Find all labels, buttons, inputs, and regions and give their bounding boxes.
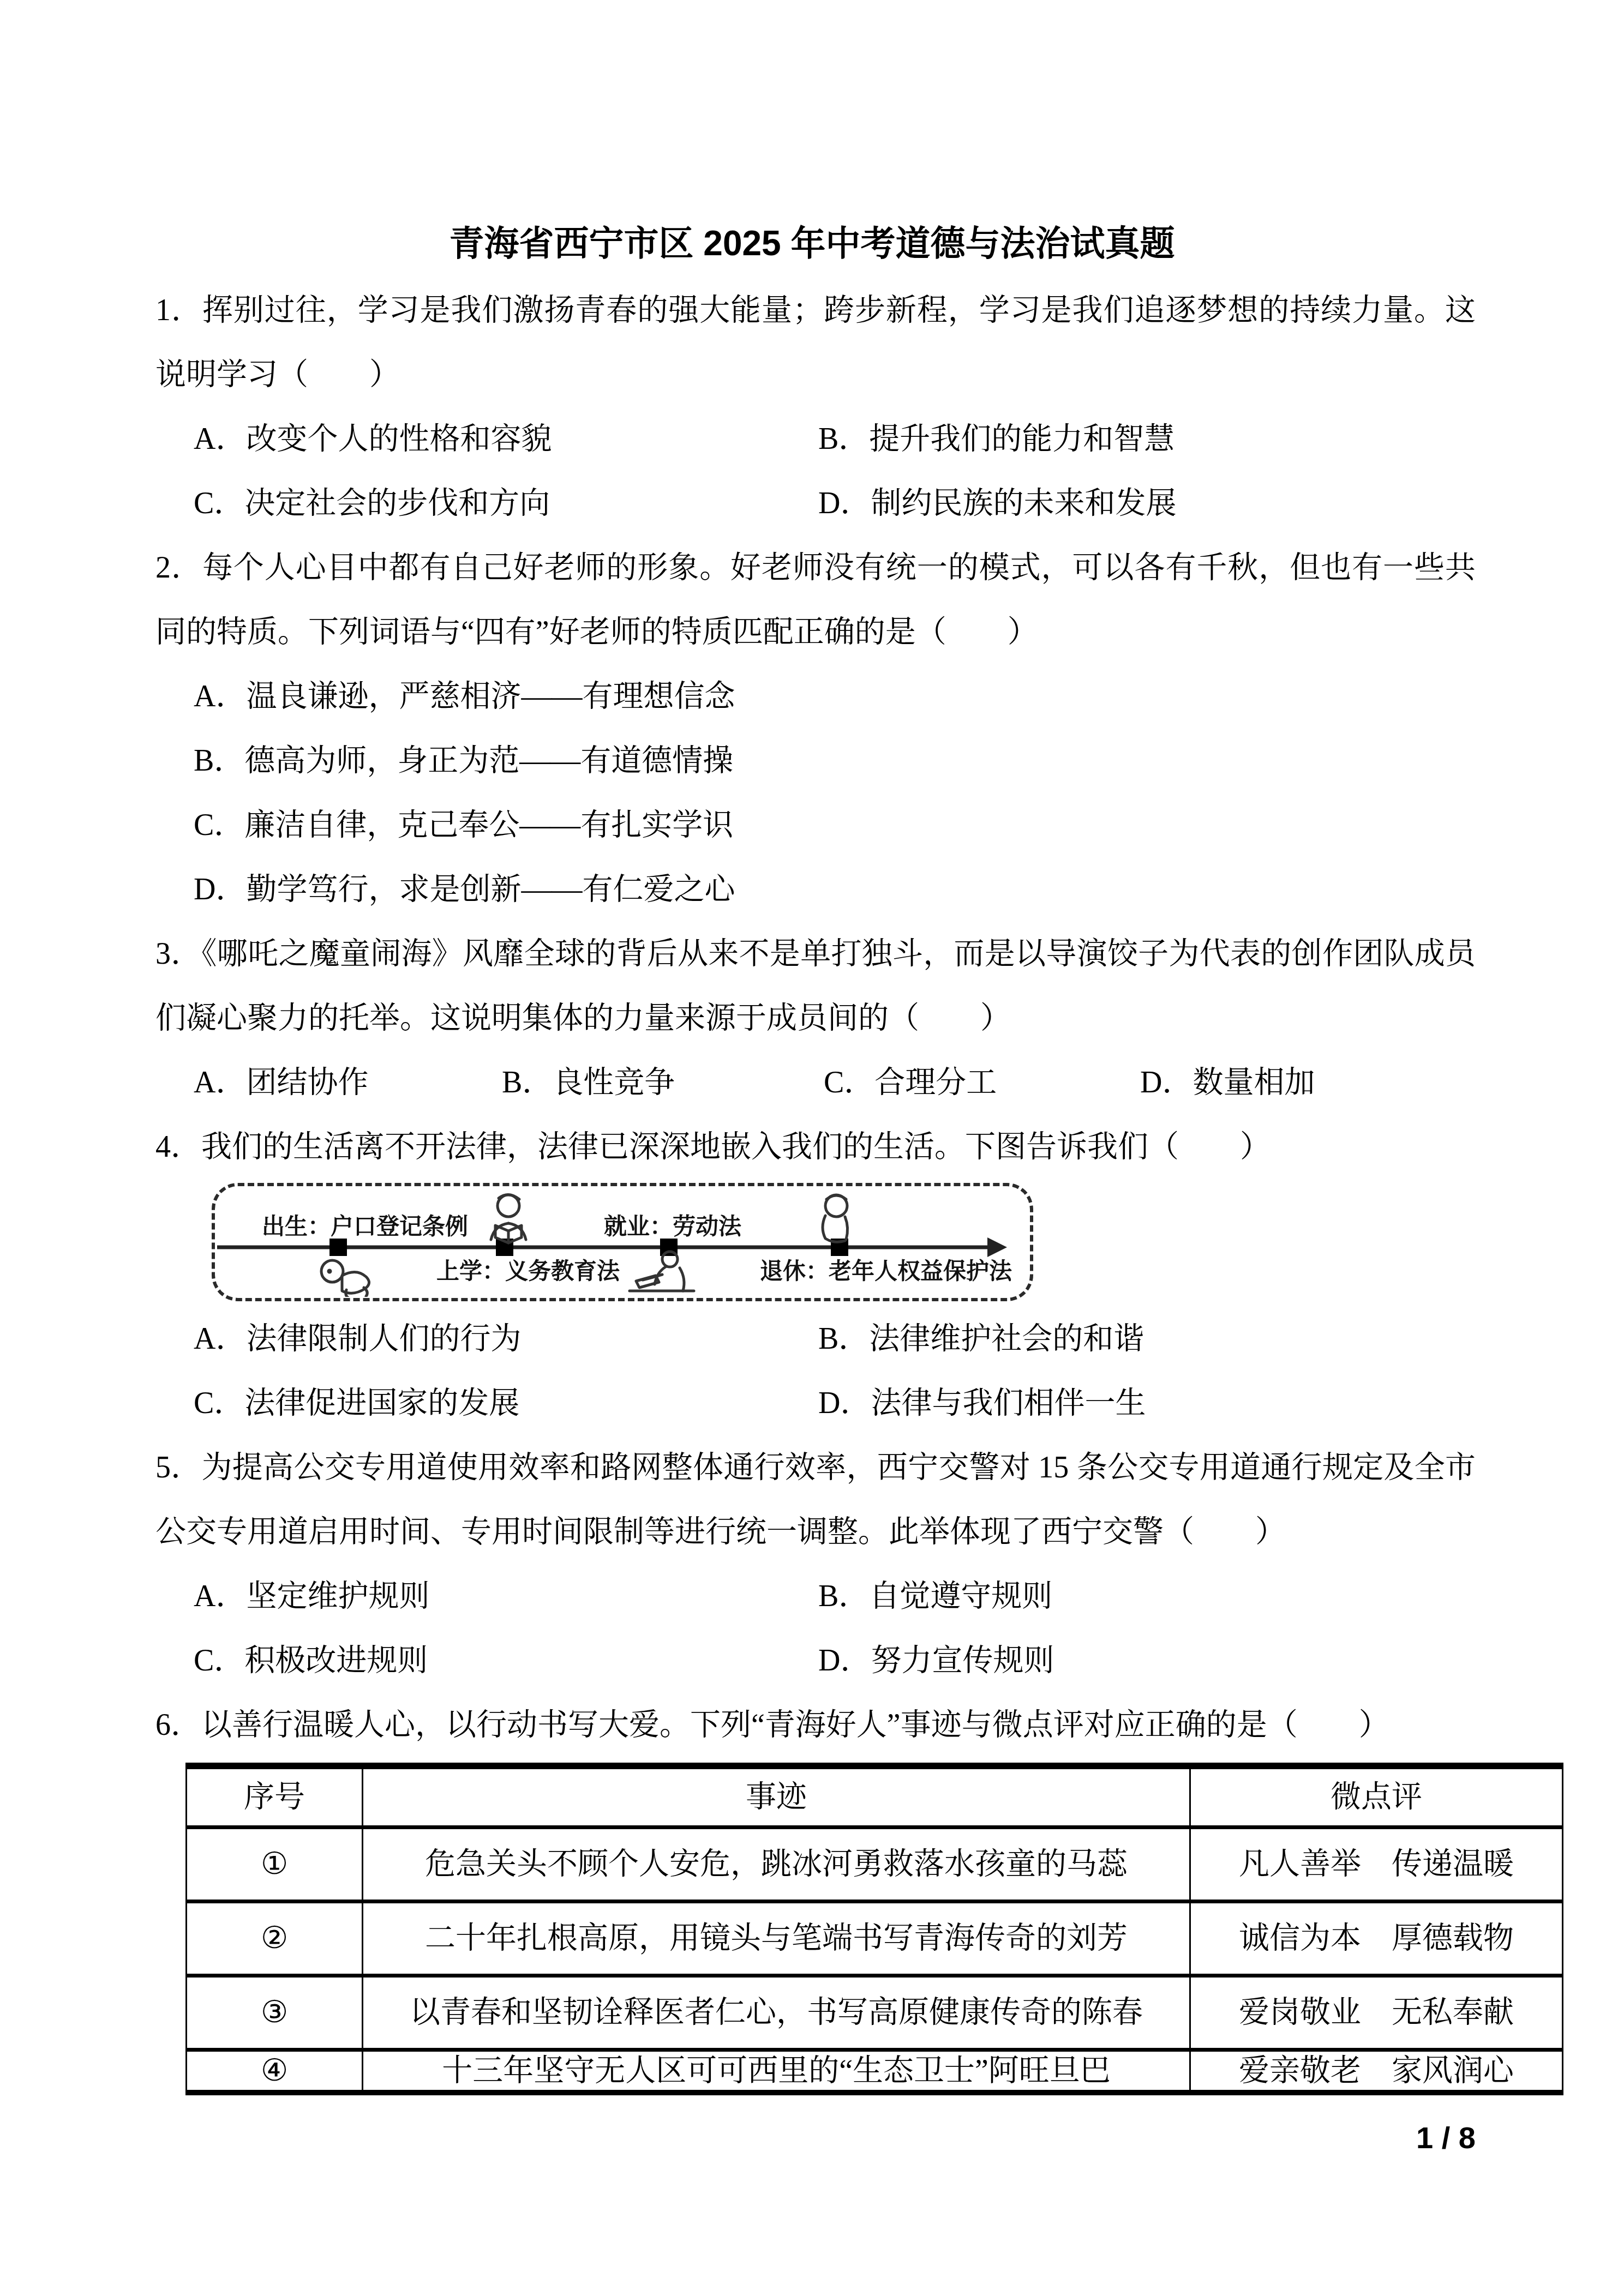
- row2-comment: 诚信为本 厚德载物: [1190, 1901, 1563, 1975]
- baby-icon: [321, 1260, 369, 1297]
- page-title: 青海省西宁市区 2025 年中考道德与法治试真题: [0, 221, 1624, 265]
- q2-option-d: D．勤学笃行，求是创新——有仁爱之心: [155, 857, 1476, 922]
- table-header-deed: 事迹: [363, 1766, 1190, 1827]
- q5-option-c: C．积极改进规则: [155, 1628, 780, 1693]
- exam-body: 1．挥别过往，学习是我们激扬青春的强大能量；跨步新程，学习是我们追逐梦想的持续力…: [155, 278, 1476, 2095]
- q5-option-d: D．努力宣传规则: [780, 1628, 1476, 1693]
- q4-option-a: A．法律限制人们的行为: [155, 1307, 780, 1371]
- worker-icon: [630, 1252, 694, 1291]
- q3-option-d: D．数量相加: [1140, 1050, 1476, 1115]
- q2-options: A．温良谦逊，严慈相济——有理想信念 B．德高为师，身正为范——有道德情操 C．…: [155, 664, 1476, 922]
- q4-option-c: C．法律促进国家的发展: [155, 1371, 780, 1435]
- q5-option-a: A．坚定维护规则: [155, 1564, 780, 1628]
- work-law-label: 就业：劳动法: [604, 1213, 742, 1239]
- q4-option-b: B．法律维护社会的和谐: [780, 1307, 1476, 1371]
- law-life-timeline-figure: 出生：户口登记条例 就业：劳动法 上学：义务教育法 退休：老年人权益保护法: [212, 1183, 1033, 1301]
- row4-deed: 十三年坚守无人区可可西里的“生态卫士”阿旺旦巴: [363, 2049, 1190, 2093]
- row3-deed: 以青春和坚韧诠释医者仁心，书写高原健康传奇的陈春: [363, 1975, 1190, 2049]
- table-row: ③ 以青春和坚韧诠释医者仁心，书写高原健康传奇的陈春 爱岗敬业 无私奉献: [187, 1975, 1563, 2049]
- q2-option-a: A．温良谦逊，严慈相济——有理想信念: [155, 664, 1476, 729]
- student-icon: [491, 1194, 526, 1243]
- row4-comment: 爱亲敬老 家风润心: [1190, 2049, 1563, 2093]
- arrowhead-icon: [987, 1237, 1007, 1257]
- row2-index: ②: [187, 1901, 363, 1975]
- row4-index: ④: [187, 2049, 363, 2093]
- page-number: 1 / 8: [1416, 2120, 1476, 2155]
- timeline-svg: 出生：户口登记条例 就业：劳动法 上学：义务教育法 退休：老年人权益保护法: [215, 1186, 1028, 1297]
- q2-option-c: C．廉洁自律，克己奉公——有扎实学识: [155, 793, 1476, 857]
- retire-law-label: 退休：老年人权益保护法: [760, 1258, 1012, 1284]
- row3-comment: 爱岗敬业 无私奉献: [1190, 1975, 1563, 2049]
- elder-icon: [823, 1195, 848, 1242]
- q4-stem: 4．我们的生活离不开法律，法律已深深地嵌入我们的生活。下图告诉我们（ ）: [155, 1115, 1476, 1179]
- table-header-comment: 微点评: [1190, 1766, 1563, 1827]
- good-people-table: 序号 事迹 微点评 ① 危急关头不顾个人安危，跳冰河勇救落水孩童的马蕊 凡人善举…: [185, 1763, 1563, 2095]
- row1-deed: 危急关头不顾个人安危，跳冰河勇救落水孩童的马蕊: [363, 1827, 1190, 1901]
- q1-option-d: D．制约民族的未来和发展: [780, 471, 1476, 536]
- exam-page: 青海省西宁市区 2025 年中考道德与法治试真题 1．挥别过往，学习是我们激扬青…: [0, 0, 1624, 2296]
- table-row: ④ 十三年坚守无人区可可西里的“生态卫士”阿旺旦巴 爱亲敬老 家风润心: [187, 2049, 1563, 2093]
- q3-option-a: A．团结协作: [155, 1050, 502, 1115]
- timeline-marker-birth: [329, 1239, 347, 1256]
- row1-index: ①: [187, 1827, 363, 1901]
- q1-option-a: A．改变个人的性格和容貌: [155, 407, 780, 471]
- birth-law-label: 出生：户口登记条例: [262, 1213, 468, 1239]
- timeline-arrow: [217, 1237, 1007, 1257]
- q4-options: A．法律限制人们的行为 B．法律维护社会的和谐 C．法律促进国家的发展 D．法律…: [155, 1307, 1476, 1435]
- q1-options: A．改变个人的性格和容貌 B．提升我们的能力和智慧 C．决定社会的步伐和方向 D…: [155, 407, 1476, 536]
- q6-stem: 6．以善行温暖人心，以行动书写大爱。下列“青海好人”事迹与微点评对应正确的是（ …: [155, 1693, 1476, 1757]
- q1-option-b: B．提升我们的能力和智慧: [780, 407, 1476, 471]
- school-law-label: 上学：义务教育法: [436, 1258, 620, 1284]
- q1-stem: 1．挥别过往，学习是我们激扬青春的强大能量；跨步新程，学习是我们追逐梦想的持续力…: [155, 278, 1476, 407]
- table-header-index: 序号: [187, 1766, 363, 1827]
- q5-stem: 5．为提高公交专用道使用效率和路网整体通行效率，西宁交警对 15 条公交专用道通…: [155, 1435, 1476, 1564]
- q3-option-c: C．合理分工: [824, 1050, 1140, 1115]
- q3-option-b: B．良性竞争: [502, 1050, 824, 1115]
- q3-options: A．团结协作 B．良性竞争 C．合理分工 D．数量相加: [155, 1050, 1476, 1115]
- q5-option-b: B．自觉遵守规则: [780, 1564, 1476, 1628]
- q3-stem: 3．《哪吒之魔童闹海》风靡全球的背后从来不是单打独斗，而是以导演饺子为代表的创作…: [155, 922, 1476, 1050]
- table-header-row: 序号 事迹 微点评: [187, 1766, 1563, 1827]
- q1-option-c: C．决定社会的步伐和方向: [155, 471, 780, 536]
- table-row: ① 危急关头不顾个人安危，跳冰河勇救落水孩童的马蕊 凡人善举 传递温暖: [187, 1827, 1563, 1901]
- row1-comment: 凡人善举 传递温暖: [1190, 1827, 1563, 1901]
- table-row: ② 二十年扎根高原，用镜头与笔端书写青海传奇的刘芳 诚信为本 厚德载物: [187, 1901, 1563, 1975]
- q4-option-d: D．法律与我们相伴一生: [780, 1371, 1476, 1435]
- q2-option-b: B．德高为师，身正为范——有道德情操: [155, 729, 1476, 793]
- q2-stem: 2．每个人心目中都有自己好老师的形象。好老师没有统一的模式，可以各有千秋，但也有…: [155, 536, 1476, 664]
- row2-deed: 二十年扎根高原，用镜头与笔端书写青海传奇的刘芳: [363, 1901, 1190, 1975]
- row3-index: ③: [187, 1975, 363, 2049]
- q5-options: A．坚定维护规则 B．自觉遵守规则 C．积极改进规则 D．努力宣传规则: [155, 1564, 1476, 1693]
